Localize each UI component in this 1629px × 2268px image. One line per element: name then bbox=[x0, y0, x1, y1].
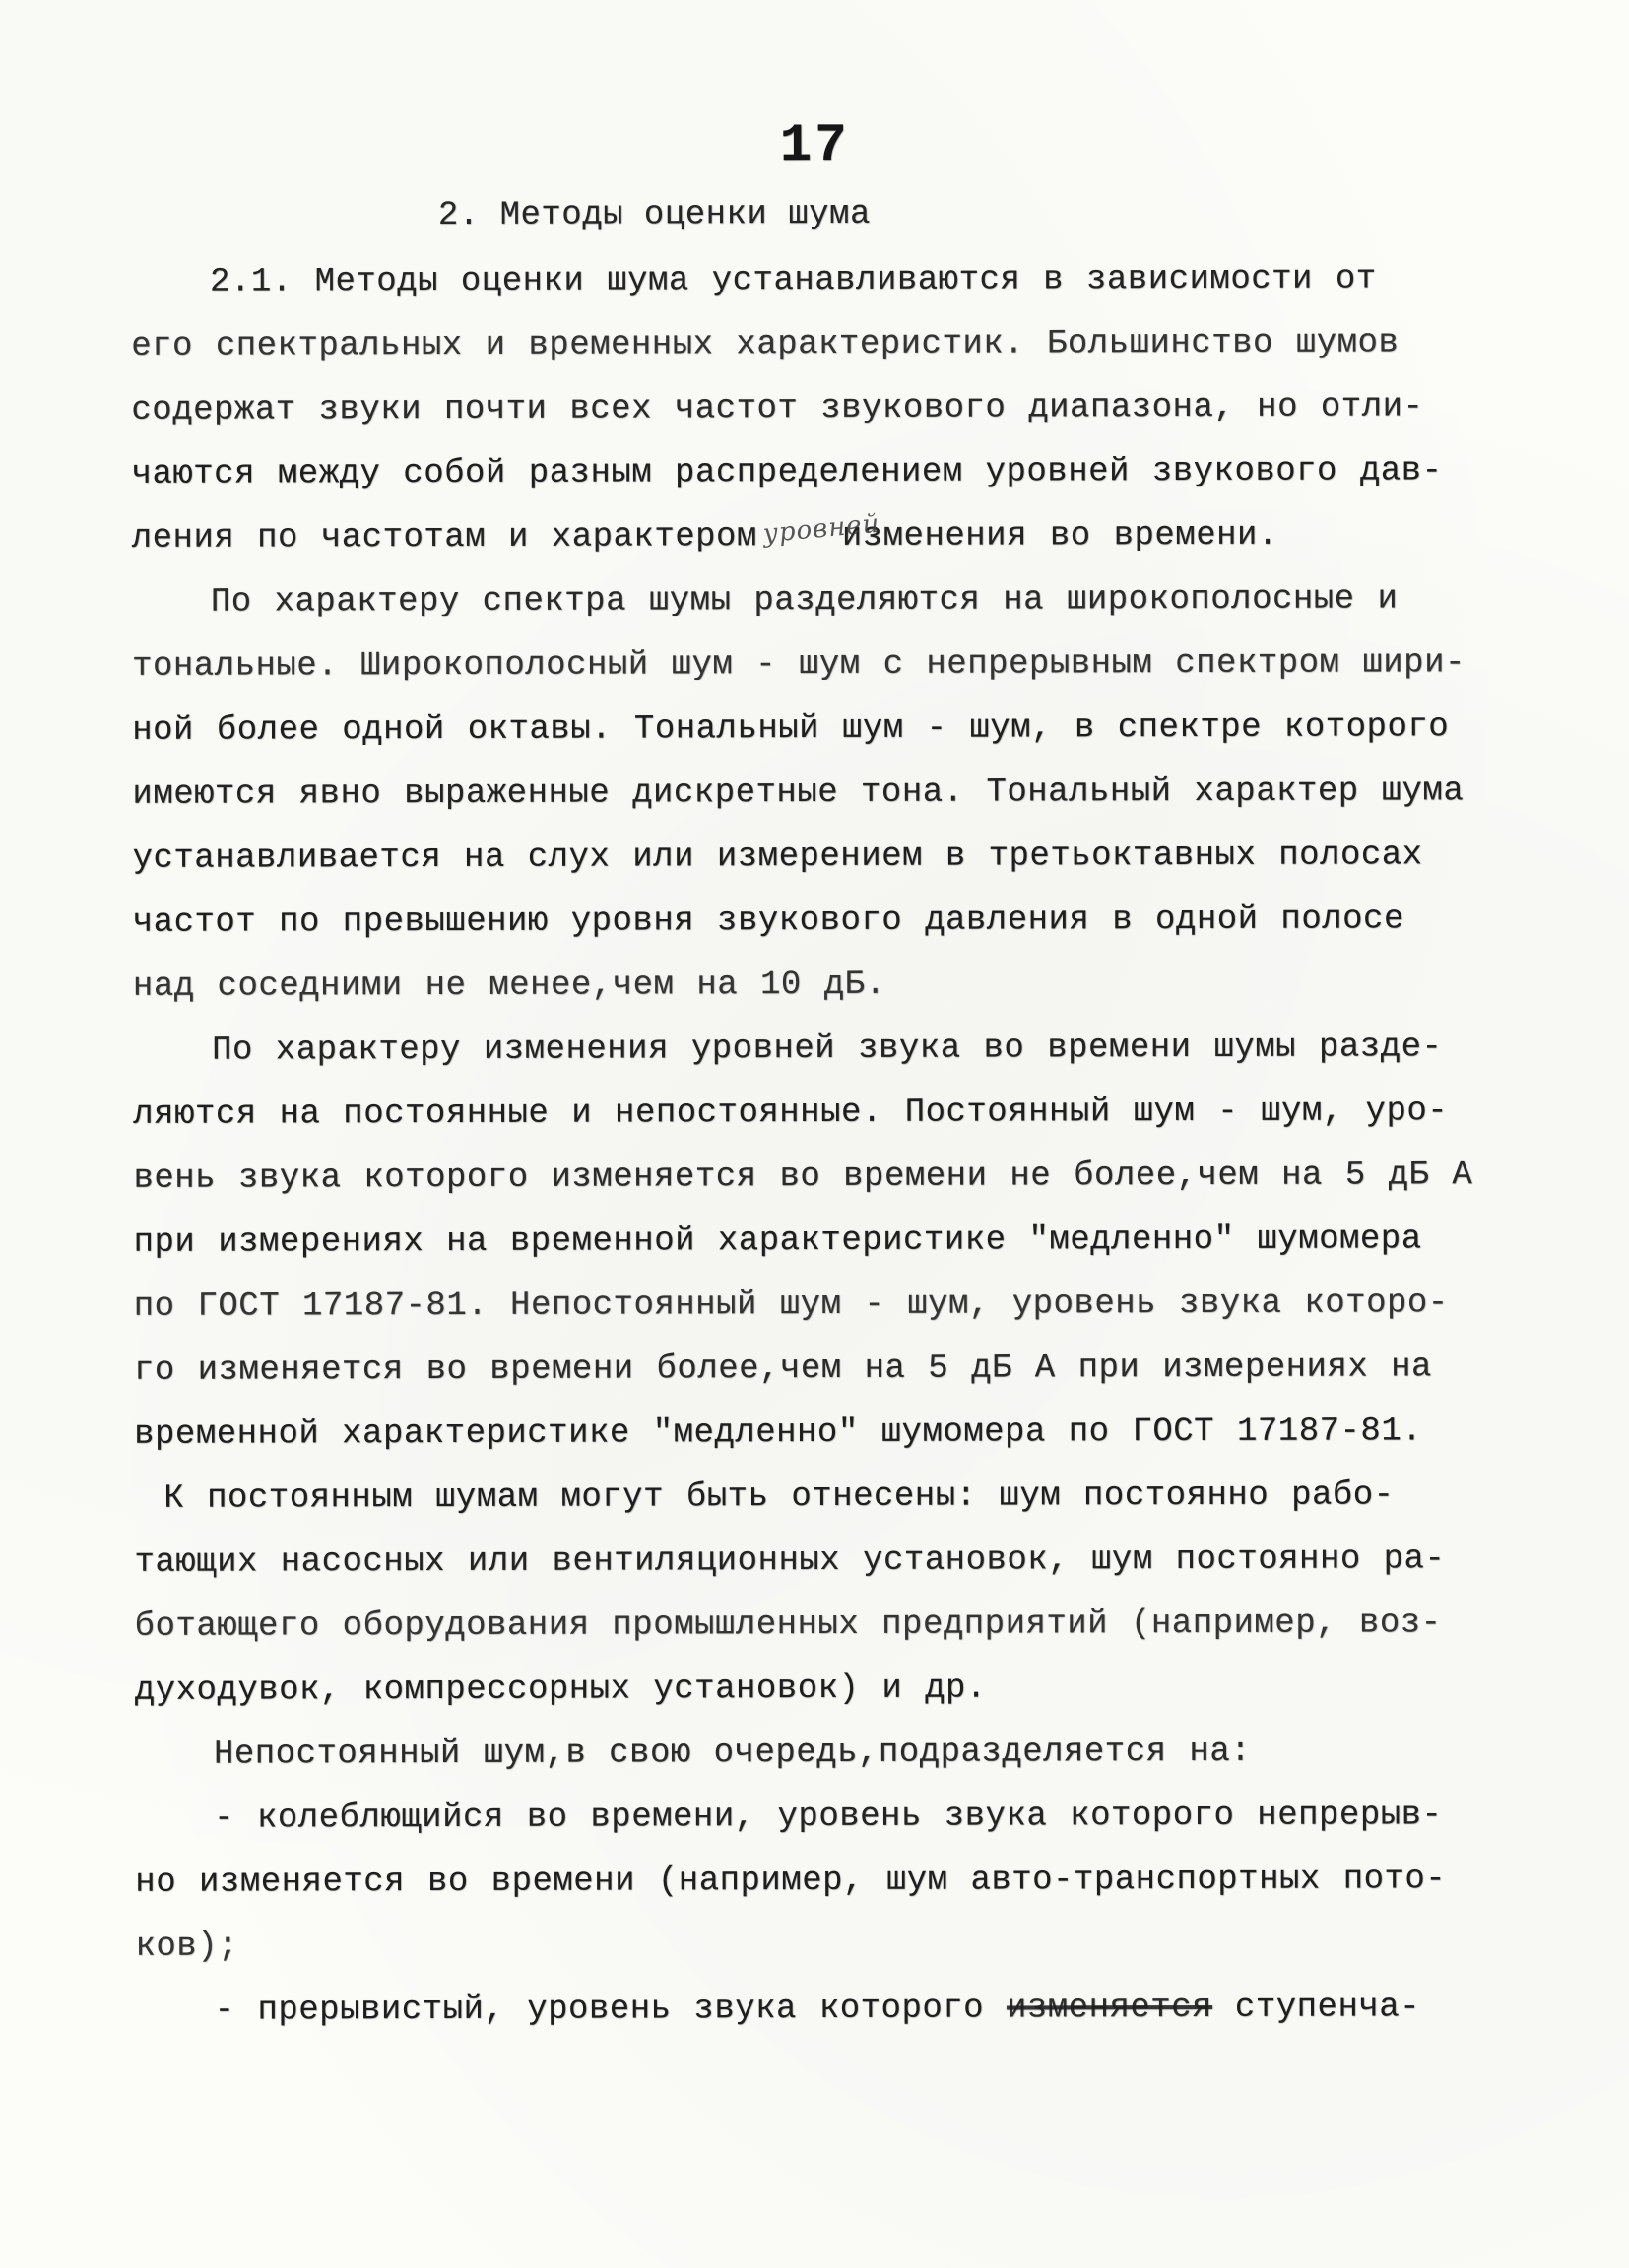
text-line-with-strikethrough: - прерывистый, уровень звука которого из… bbox=[136, 1976, 1533, 2043]
text-line: ной более одной октавы. Тональный шум - … bbox=[132, 695, 1530, 763]
text-line: частот по превышению уровня звукового да… bbox=[133, 887, 1531, 955]
text-segment: - прерывистый, уровень звука которого bbox=[215, 1989, 1007, 2029]
text-segment: ступенча- bbox=[1212, 1988, 1420, 2027]
handwritten-insertion: уровней bbox=[760, 492, 882, 566]
text-line: по ГОСТ 17187-81. Непостоянный шум - шум… bbox=[134, 1271, 1531, 1339]
text-line: По характеру спектра шумы разделяются на… bbox=[132, 567, 1530, 635]
text-line: го изменяется во времени более,чем на 5 … bbox=[134, 1335, 1531, 1403]
document-body: 2.1. Методы оценки шума устанавливаются … bbox=[131, 247, 1533, 2043]
scanned-document-page: 17 2. Методы оценки шума 2.1. Методы оце… bbox=[0, 0, 1629, 2268]
text-line: духодувок, компрессорных установок) и др… bbox=[135, 1655, 1532, 1723]
text-line: К постоянным шумам могут быть отнесены: … bbox=[134, 1463, 1531, 1531]
text-line: - колеблющийся во времени, уровень звука… bbox=[135, 1783, 1532, 1851]
text-line: тональные. Широкополосный шум - шум с не… bbox=[132, 631, 1530, 699]
struck-text: изменяется bbox=[1007, 1989, 1212, 2028]
text-line: содержат звуки почти всех частот звуково… bbox=[131, 375, 1529, 443]
section-heading: 2. Методы оценки шума bbox=[438, 194, 1529, 234]
text-line: Непостоянный шум,в свою очередь,подразде… bbox=[135, 1719, 1532, 1787]
text-line-with-insertion: ления по частотам и характеромуровнейизм… bbox=[132, 503, 1530, 571]
text-line: устанавливается на слух или измерением в… bbox=[132, 823, 1530, 891]
text-line: По характеру изменения уровней звука во … bbox=[133, 1015, 1531, 1083]
text-line: его спектральных и временных характерист… bbox=[131, 311, 1529, 379]
text-line: временной характеристике "медленно" шумо… bbox=[134, 1399, 1531, 1467]
text-line: тающих насосных или вентиляционных устан… bbox=[134, 1527, 1531, 1595]
text-line: 2.1. Методы оценки шума устанавливаются … bbox=[131, 247, 1529, 315]
text-line: имеются явно выраженные дискретные тона.… bbox=[132, 759, 1530, 827]
text-line: ботающего оборудования промышленных пред… bbox=[135, 1591, 1532, 1659]
text-line: ков); bbox=[135, 1912, 1532, 1979]
text-segment: изменения во времени. bbox=[842, 517, 1278, 555]
text-segment: ления по частотам и характером bbox=[132, 518, 757, 557]
text-line: ляются на постоянные и непостоянные. Пос… bbox=[133, 1079, 1531, 1147]
text-line: над соседними не менее,чем на 10 дБ. bbox=[133, 951, 1531, 1019]
page-number: 17 bbox=[116, 114, 1514, 178]
text-line: но изменяется во времени (например, шум … bbox=[135, 1847, 1532, 1915]
page-content: 17 2. Методы оценки шума 2.1. Методы оце… bbox=[0, 0, 1629, 2043]
text-line: вень звука которого изменяется во времен… bbox=[133, 1143, 1531, 1211]
text-line: при измерениях на временной характеристи… bbox=[134, 1207, 1531, 1275]
